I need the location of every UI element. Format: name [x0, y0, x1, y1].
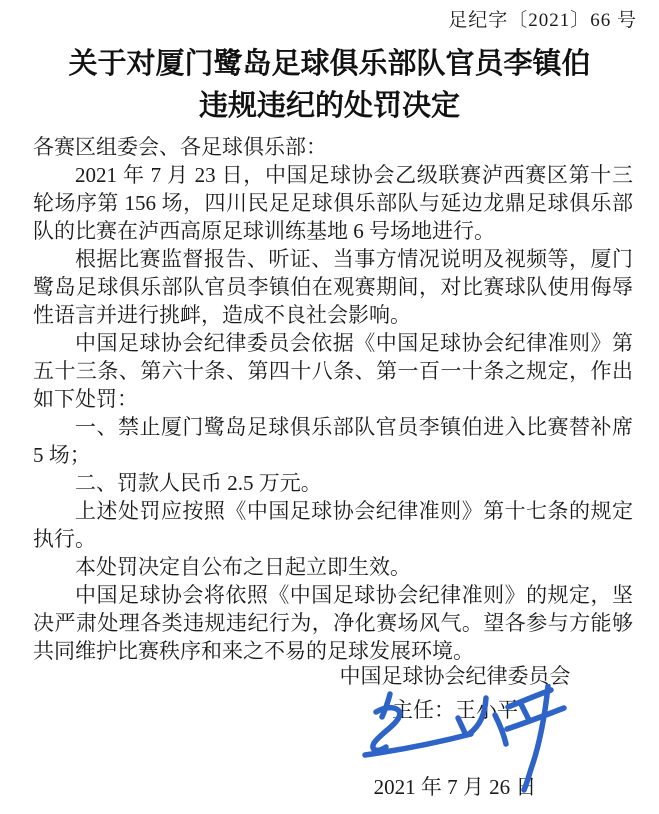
title-line-1: 关于对厦门鹭岛足球俱乐部队官员李镇伯 [0, 43, 659, 85]
closing-organization: 中国足球协会纪律委员会 [305, 663, 605, 689]
paragraph: 中国足球协会纪律委员会依据《中国足球协会纪律准则》第五十三条、第六十条、第四十八… [33, 329, 633, 413]
paragraph: 2021 年 7 月 23 日，中国足球协会乙级联赛泸西赛区第十三轮场序第 15… [33, 161, 633, 245]
document-page: 足纪字〔2021〕66 号 关于对厦门鹭岛足球俱乐部队官员李镇伯 违规违纪的处罚… [0, 0, 659, 814]
paragraph: 本处罚决定自公布之日起立即生效。 [33, 553, 633, 581]
paragraph: 二、罚款人民币 2.5 万元。 [33, 469, 633, 497]
paragraph: 中国足球协会将依照《中国足球协会纪律准则》的规定，坚决严肃处理各类违规违纪行为，… [33, 581, 633, 665]
paragraph: 根据比赛监督报告、听证、当事方情况说明及视频等，厦门鹭岛足球俱乐部队官员李镇伯在… [33, 245, 633, 329]
closing-date: 2021 年 7 月 26 日 [305, 774, 605, 800]
doc-title: 关于对厦门鹭岛足球俱乐部队官员李镇伯 违规违纪的处罚决定 [0, 43, 659, 127]
closing-signer: 主任：王小平 [305, 697, 605, 723]
paragraph: 一、禁止厦门鹭岛足球俱乐部队官员李镇伯进入比赛替补席 5 场； [33, 413, 633, 469]
doc-number: 足纪字〔2021〕66 号 [0, 0, 659, 33]
title-line-2: 违规违纪的处罚决定 [0, 85, 659, 127]
document-body: 各赛区组委会、各足球俱乐部： 2021 年 7 月 23 日，中国足球协会乙级联… [0, 133, 659, 665]
salutation: 各赛区组委会、各足球俱乐部： [33, 133, 633, 161]
paragraph: 上述处罚应按照《中国足球协会纪律准则》第十七条的规定执行。 [33, 497, 633, 553]
